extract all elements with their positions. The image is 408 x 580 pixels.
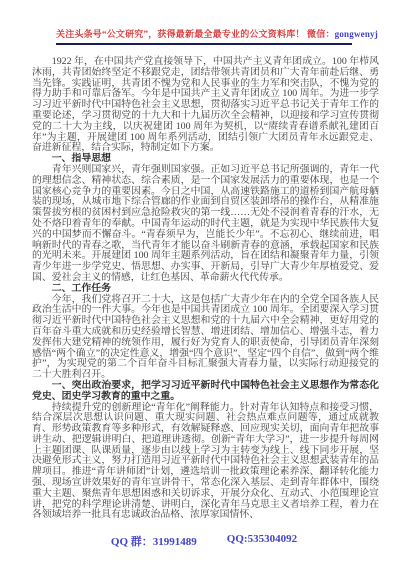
section-heading-work-tasks: 二、工作任务: [32, 284, 379, 295]
section-heading-political-requirements: 一、突出政治要求，把学习习近平新时代中国特色社会主义思想作为常态化党史、团史学习…: [32, 381, 379, 403]
header-banner: 关注头条号“公文研究”，获得最新最全最专业的公文资料库！ 微信：gongweny…: [56, 27, 352, 45]
footer-contacts: QQ 群：31991489 QQ:535304092: [0, 533, 408, 549]
paragraph-intro: 1922 年，在中国共产党直接领导下，中国共产主义青年团成立。100 年栉风沐雨…: [32, 57, 379, 154]
header-banner-text: 关注头条号“公文研究”，获得最新最全最专业的公文资料库！ 微信：: [56, 29, 335, 39]
paragraph-work-tasks: 今年，我们党将召开二十大，这是包括广大青少年在内的全党全国各族人民政治生活中的一…: [32, 295, 379, 381]
paragraph-political-requirements: 持续提升党的创新理论“青年化”阐释能力。针对青年认知特点和接受习惯，结合深层次思…: [32, 403, 379, 522]
paragraph-guiding-ideology: 青年兴则国家兴，青年强则国家强。正如习近平总书记所强调的，青年一代的理想信念、精…: [32, 165, 379, 284]
document-page: 关注头条号“公文研究”，获得最新最全最专业的公文资料库！ 微信：gongweny…: [0, 0, 408, 580]
document-body: 1922 年，在中国共产党直接领导下，中国共产主义青年团成立。100 年栉风沐雨…: [32, 57, 379, 521]
qq-group-number: QQ 群：31991489: [111, 533, 197, 549]
qq-number: QQ:535304092: [227, 533, 297, 549]
wechat-id: gongwenyj: [335, 29, 378, 39]
